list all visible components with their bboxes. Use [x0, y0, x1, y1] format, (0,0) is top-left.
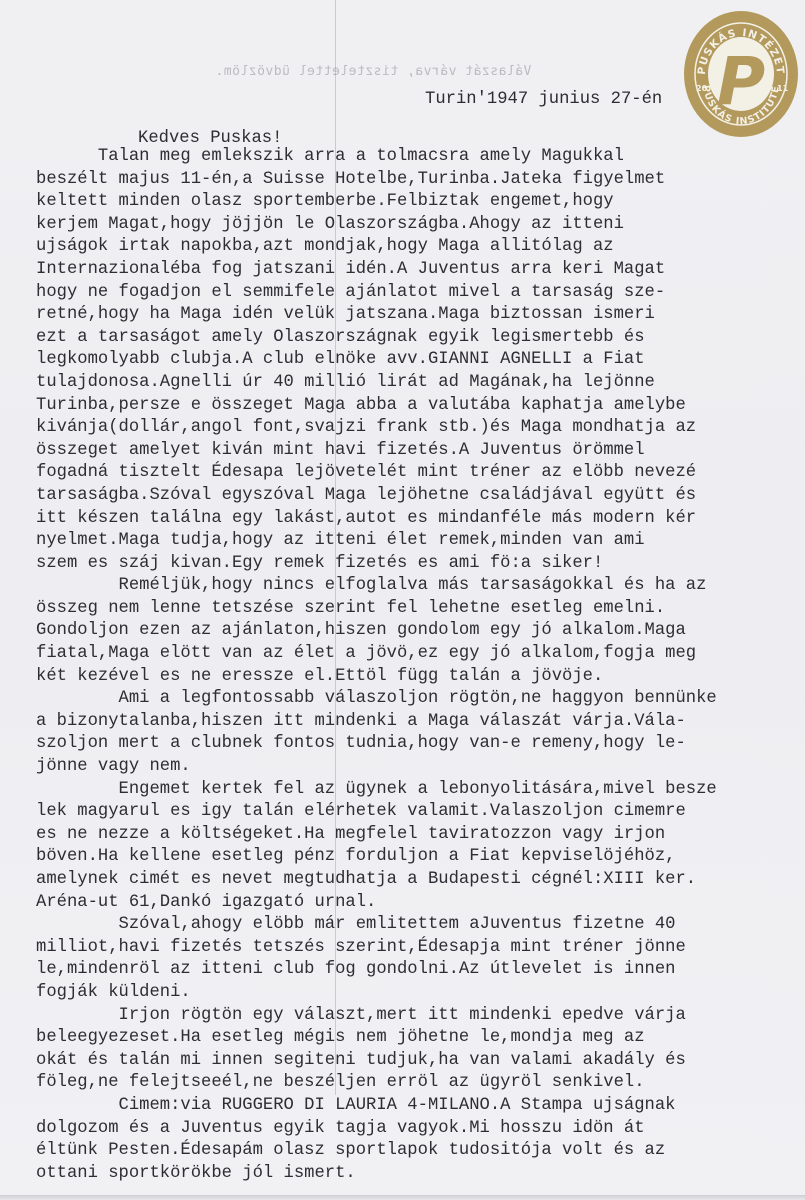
letter-line: itt készen találna egy lakást,autot es m… — [36, 508, 717, 531]
letter-line: keltett minden olasz sportemberbe.Felbiz… — [36, 191, 717, 214]
letter-line: ujságok irtak napokba,azt mondjak,hogy M… — [36, 236, 717, 259]
letter-line: Gondoljon ezen az ajánlaton,hiszen gondo… — [36, 620, 717, 643]
letter-line: két kezével es ne eressze el.Ettöl függ … — [36, 666, 717, 689]
puskas-institute-logo-icon: PUSKÁS INTÉZET PUSKÁS INSTITUTE 20 11 P — [683, 10, 799, 138]
letter-line: ezt a tarsaságot amely Olaszországnak eg… — [36, 327, 717, 350]
letter-line: összeget amelyet kiván mint havi fizetés… — [36, 440, 717, 463]
letter-line: Engemet kertek fel az ügynek a lebonyoli… — [36, 779, 717, 802]
letter-line: beszélt majus 11-én,a Suisse Hotelbe,Tur… — [36, 169, 717, 192]
letter-line: kivánja(dollár,angol font,svajzi frank s… — [36, 417, 717, 440]
letter-line: Szóval,ahogy elöbb már emlitettem aJuven… — [36, 914, 717, 937]
letter-line: amelynek cimét es nevet megtudhatja a Bu… — [36, 869, 717, 892]
letter-line: jönne vagy nem. — [36, 756, 717, 779]
letter-line: tulajdonosa.Agnelli úr 40 millió lirát a… — [36, 372, 717, 395]
letter-line: föleg,ne felejtseeél,ne beszéljen erröl … — [36, 1072, 717, 1095]
letter-line: Aréna-ut 61,Dankó igazgató urnal. — [36, 892, 717, 915]
letter-line: Ami a legfontossabb válaszoljon rögtön,n… — [36, 688, 717, 711]
letter-line: fogják küldeni. — [36, 982, 717, 1005]
letter-line: Reméljük,hogy nincs elfoglalva más tarsa… — [36, 575, 717, 598]
letter-line: Turinba,persze e összeget Maga abba a va… — [36, 395, 717, 418]
letter-line: szem es száj kivan.Egy remek fizetés es … — [36, 553, 717, 576]
letter-line: es ne nezze a költségeket.Ha megfelel ta… — [36, 824, 717, 847]
letter-line: kerjem Magat,hogy jöjjön le Olaszországb… — [36, 214, 717, 237]
letter-line: dolgozom és a Juventus egyik tagja vagyo… — [36, 1118, 717, 1141]
letter-line: összeg nem lenne tetszése szerint fel le… — [36, 598, 717, 621]
letter-line: hogy ne fogadjon el semmifele ajánlatot … — [36, 282, 717, 305]
letter-line: tarsaságba.Szóval egyszóval Maga lejöhet… — [36, 485, 717, 508]
letter-line: szoljon mert a clubnek fontos tudnia,hog… — [36, 733, 717, 756]
svg-text:P: P — [717, 43, 765, 120]
letter-line: okát és talán mi innen segiteni tudjuk,h… — [36, 1050, 717, 1073]
letter-line: a bizonytalanba,hiszen itt mindenki a Ma… — [36, 711, 717, 734]
letter-line: lek magyarul es igy talán elérhetek vala… — [36, 801, 717, 824]
letter-line: le,mindenröl az itteni club fog gondolni… — [36, 959, 717, 982]
letter-line: beleegyezeset.Ha esetleg mégis nem jöhet… — [36, 1027, 717, 1050]
letter-line: nyelmet.Maga tudja,hogy az itteni élet r… — [36, 530, 717, 553]
letter-line: Irjon rögtön egy választ,mert itt minden… — [36, 1005, 717, 1028]
letter-line: fogadná tisztelt Édesapa lejövetelét min… — [36, 462, 717, 485]
svg-text:11: 11 — [777, 84, 789, 93]
date-line: Turin'1947 junius 27-én — [425, 90, 662, 109]
svg-text:20: 20 — [696, 84, 708, 93]
bleed-through-text: Válaszát várva, tisztelettel üdvözlöm. — [215, 64, 531, 79]
letter-page: Válaszát várva, tisztelettel üdvözlöm. T… — [0, 0, 805, 1196]
letter-line: Cimem:via RUGGERO DI LAURIA 4-MILANO.A S… — [36, 1095, 717, 1118]
letter-line: ottani sportkörökbe jól ismert. — [36, 1163, 717, 1186]
page-bottom-edge — [0, 1195, 805, 1200]
letter-body: Talan meg emlekszik arra a tolmacsra ame… — [36, 146, 717, 1185]
letter-line: milliot,havi fizetés tetszés szerint,Éde… — [36, 937, 717, 960]
letter-line: éltünk Pesten.Édesapám olasz sportlapok … — [36, 1140, 717, 1163]
letter-line: legkomolyabb clubja.A club elnöke avv.GI… — [36, 349, 717, 372]
letter-line: retné,hogy ha Maga idén velük jatszana.M… — [36, 304, 717, 327]
letter-line: Talan meg emlekszik arra a tolmacsra ame… — [36, 146, 717, 169]
letter-line: Internazionaléba fog jatszani idén.A Juv… — [36, 259, 717, 282]
letter-line: fiatal,Maga elött van az élet a jövö,ez … — [36, 643, 717, 666]
letter-line: böven.Ha kellene esetleg pénz forduljon … — [36, 846, 717, 869]
